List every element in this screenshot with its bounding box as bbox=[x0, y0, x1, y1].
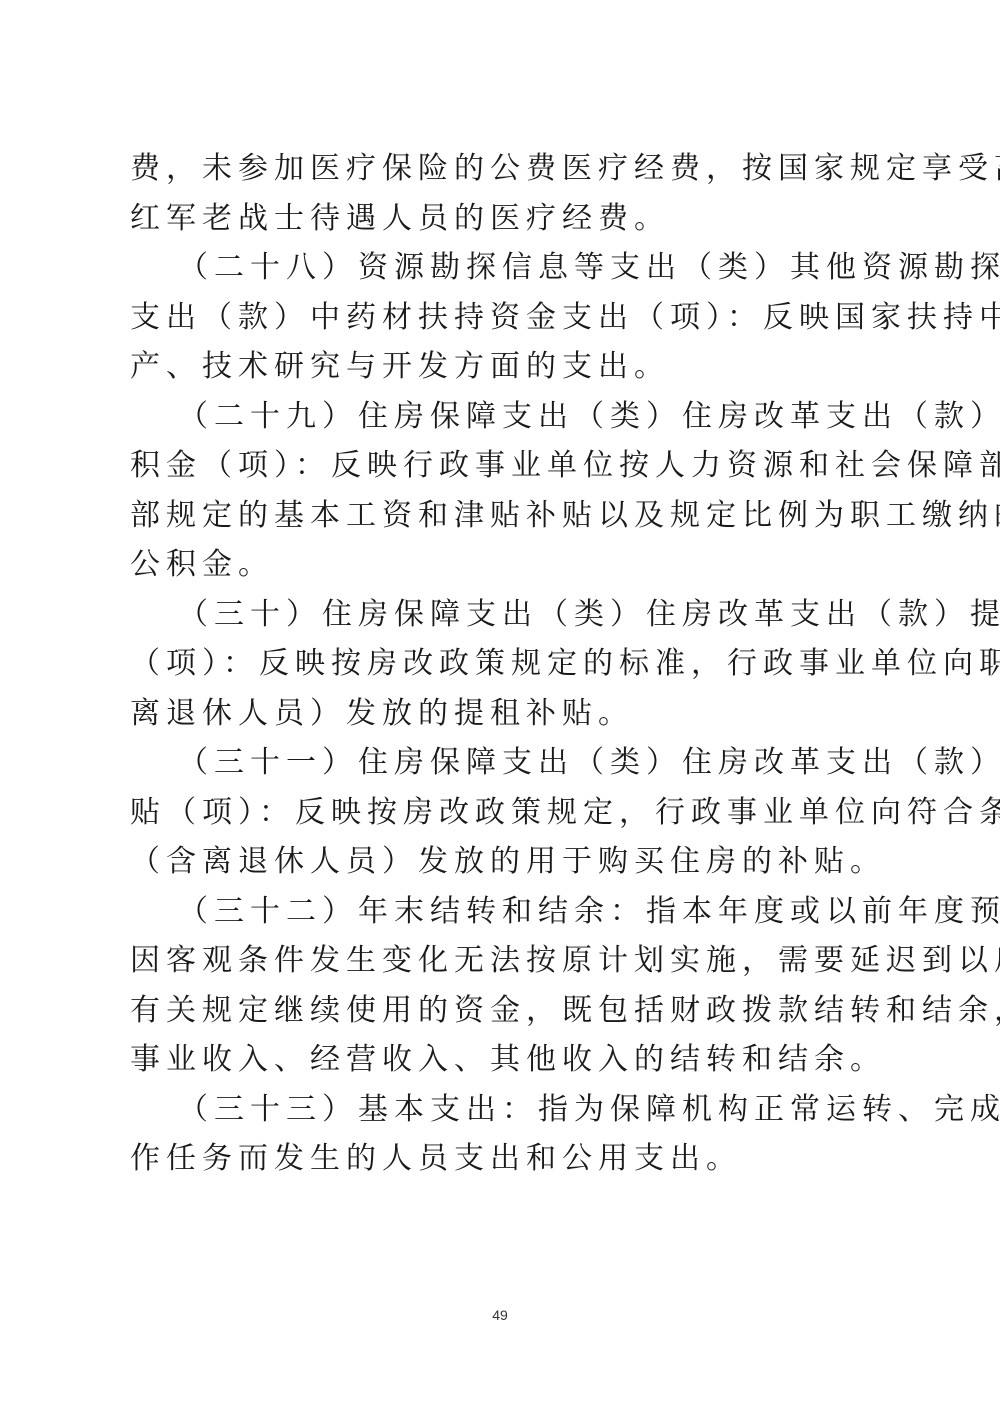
text-line: （含离退休人员）发放的用于购买住房的补贴。 bbox=[130, 837, 872, 887]
text-line: 积金（项）：反映行政事业单位按人力资源和社会保障部、财政 bbox=[130, 441, 872, 491]
text-line: （三十）住房保障支出（类）住房改革支出（款）提租补贴 bbox=[130, 590, 872, 640]
paragraph-item-31: （三十一）住房保障支出（类）住房改革支出（款）购房补 贴（项）：反映按房改政策规… bbox=[130, 738, 872, 887]
text-line: 事业收入、经营收入、其他收入的结转和结余。 bbox=[130, 1035, 872, 1085]
text-line: 有关规定继续使用的资金，既包括财政拨款结转和结余，也包括 bbox=[130, 986, 872, 1036]
page-number: 49 bbox=[0, 1307, 1000, 1323]
text-line: （三十一）住房保障支出（类）住房改革支出（款）购房补 bbox=[130, 738, 872, 788]
text-line: （二十八）资源勘探信息等支出（类）其他资源勘探信息等 bbox=[130, 243, 872, 293]
text-line: （三十二）年末结转和结余：指本年度或以前年度预算安排、 bbox=[130, 887, 872, 937]
text-line: 作任务而发生的人员支出和公用支出。 bbox=[130, 1134, 872, 1184]
text-line: 支出（款）中药材扶持资金支出（项）：反映国家扶持中药材生 bbox=[130, 293, 872, 343]
text-line: 公积金。 bbox=[130, 540, 872, 590]
text-line: （二十九）住房保障支出（类）住房改革支出（款）住房公 bbox=[130, 392, 872, 442]
paragraph-item-28: （二十八）资源勘探信息等支出（类）其他资源勘探信息等 支出（款）中药材扶持资金支… bbox=[130, 243, 872, 392]
paragraph-item-30: （三十）住房保障支出（类）住房改革支出（款）提租补贴 （项）：反映按房改政策规定… bbox=[130, 590, 872, 739]
text-line: 费，未参加医疗保险的公费医疗经费，按国家规定享受离休人员、 bbox=[130, 144, 872, 194]
text-line: （项）：反映按房改政策规定的标准，行政事业单位向职工（含 bbox=[130, 639, 872, 689]
paragraph-item-32: （三十二）年末结转和结余：指本年度或以前年度预算安排、 因客观条件发生变化无法按… bbox=[130, 887, 872, 1085]
paragraph-continuation: 费，未参加医疗保险的公费医疗经费，按国家规定享受离休人员、 红军老战士待遇人员的… bbox=[130, 144, 872, 243]
text-line: （三十三）基本支出：指为保障机构正常运转、完成日常工 bbox=[130, 1085, 872, 1135]
text-line: 因客观条件发生变化无法按原计划实施，需要延迟到以后年度按 bbox=[130, 936, 872, 986]
paragraph-item-29: （二十九）住房保障支出（类）住房改革支出（款）住房公 积金（项）：反映行政事业单… bbox=[130, 392, 872, 590]
text-line: 产、技术研究与开发方面的支出。 bbox=[130, 342, 872, 392]
document-page: 费，未参加医疗保险的公费医疗经费，按国家规定享受离休人员、 红军老战士待遇人员的… bbox=[130, 144, 872, 1184]
text-line: 离退休人员）发放的提租补贴。 bbox=[130, 689, 872, 739]
paragraph-item-33: （三十三）基本支出：指为保障机构正常运转、完成日常工 作任务而发生的人员支出和公… bbox=[130, 1085, 872, 1184]
text-line: 部规定的基本工资和津贴补贴以及规定比例为职工缴纳的住房 bbox=[130, 491, 872, 541]
text-line: 贴（项）：反映按房改政策规定，行政事业单位向符合条件职工 bbox=[130, 788, 872, 838]
text-line: 红军老战士待遇人员的医疗经费。 bbox=[130, 194, 872, 244]
